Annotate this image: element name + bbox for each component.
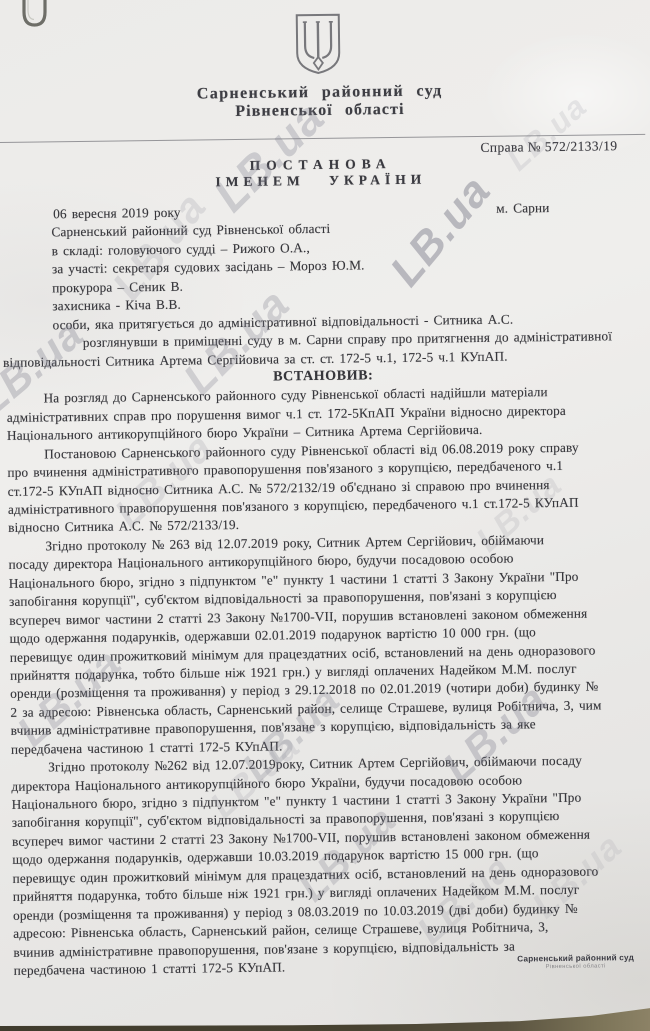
ukraine-trident-emblem	[292, 12, 345, 77]
stamp-line1: Сарненський районний суд	[506, 953, 646, 964]
court-decision-scan: Сарненський районний суд Рівненської обл…	[0, 0, 650, 1031]
paperclip	[18, 0, 52, 40]
city-label: м. Сарни	[496, 199, 550, 218]
document-lines: 06 вересня 2019 рокум. СарниСарненський …	[0, 197, 650, 980]
paper-content: Сарненський районний суд Рівненської обл…	[0, 0, 650, 1031]
court-stamp: Сарненський районний суд Рівненської обл…	[506, 953, 646, 971]
